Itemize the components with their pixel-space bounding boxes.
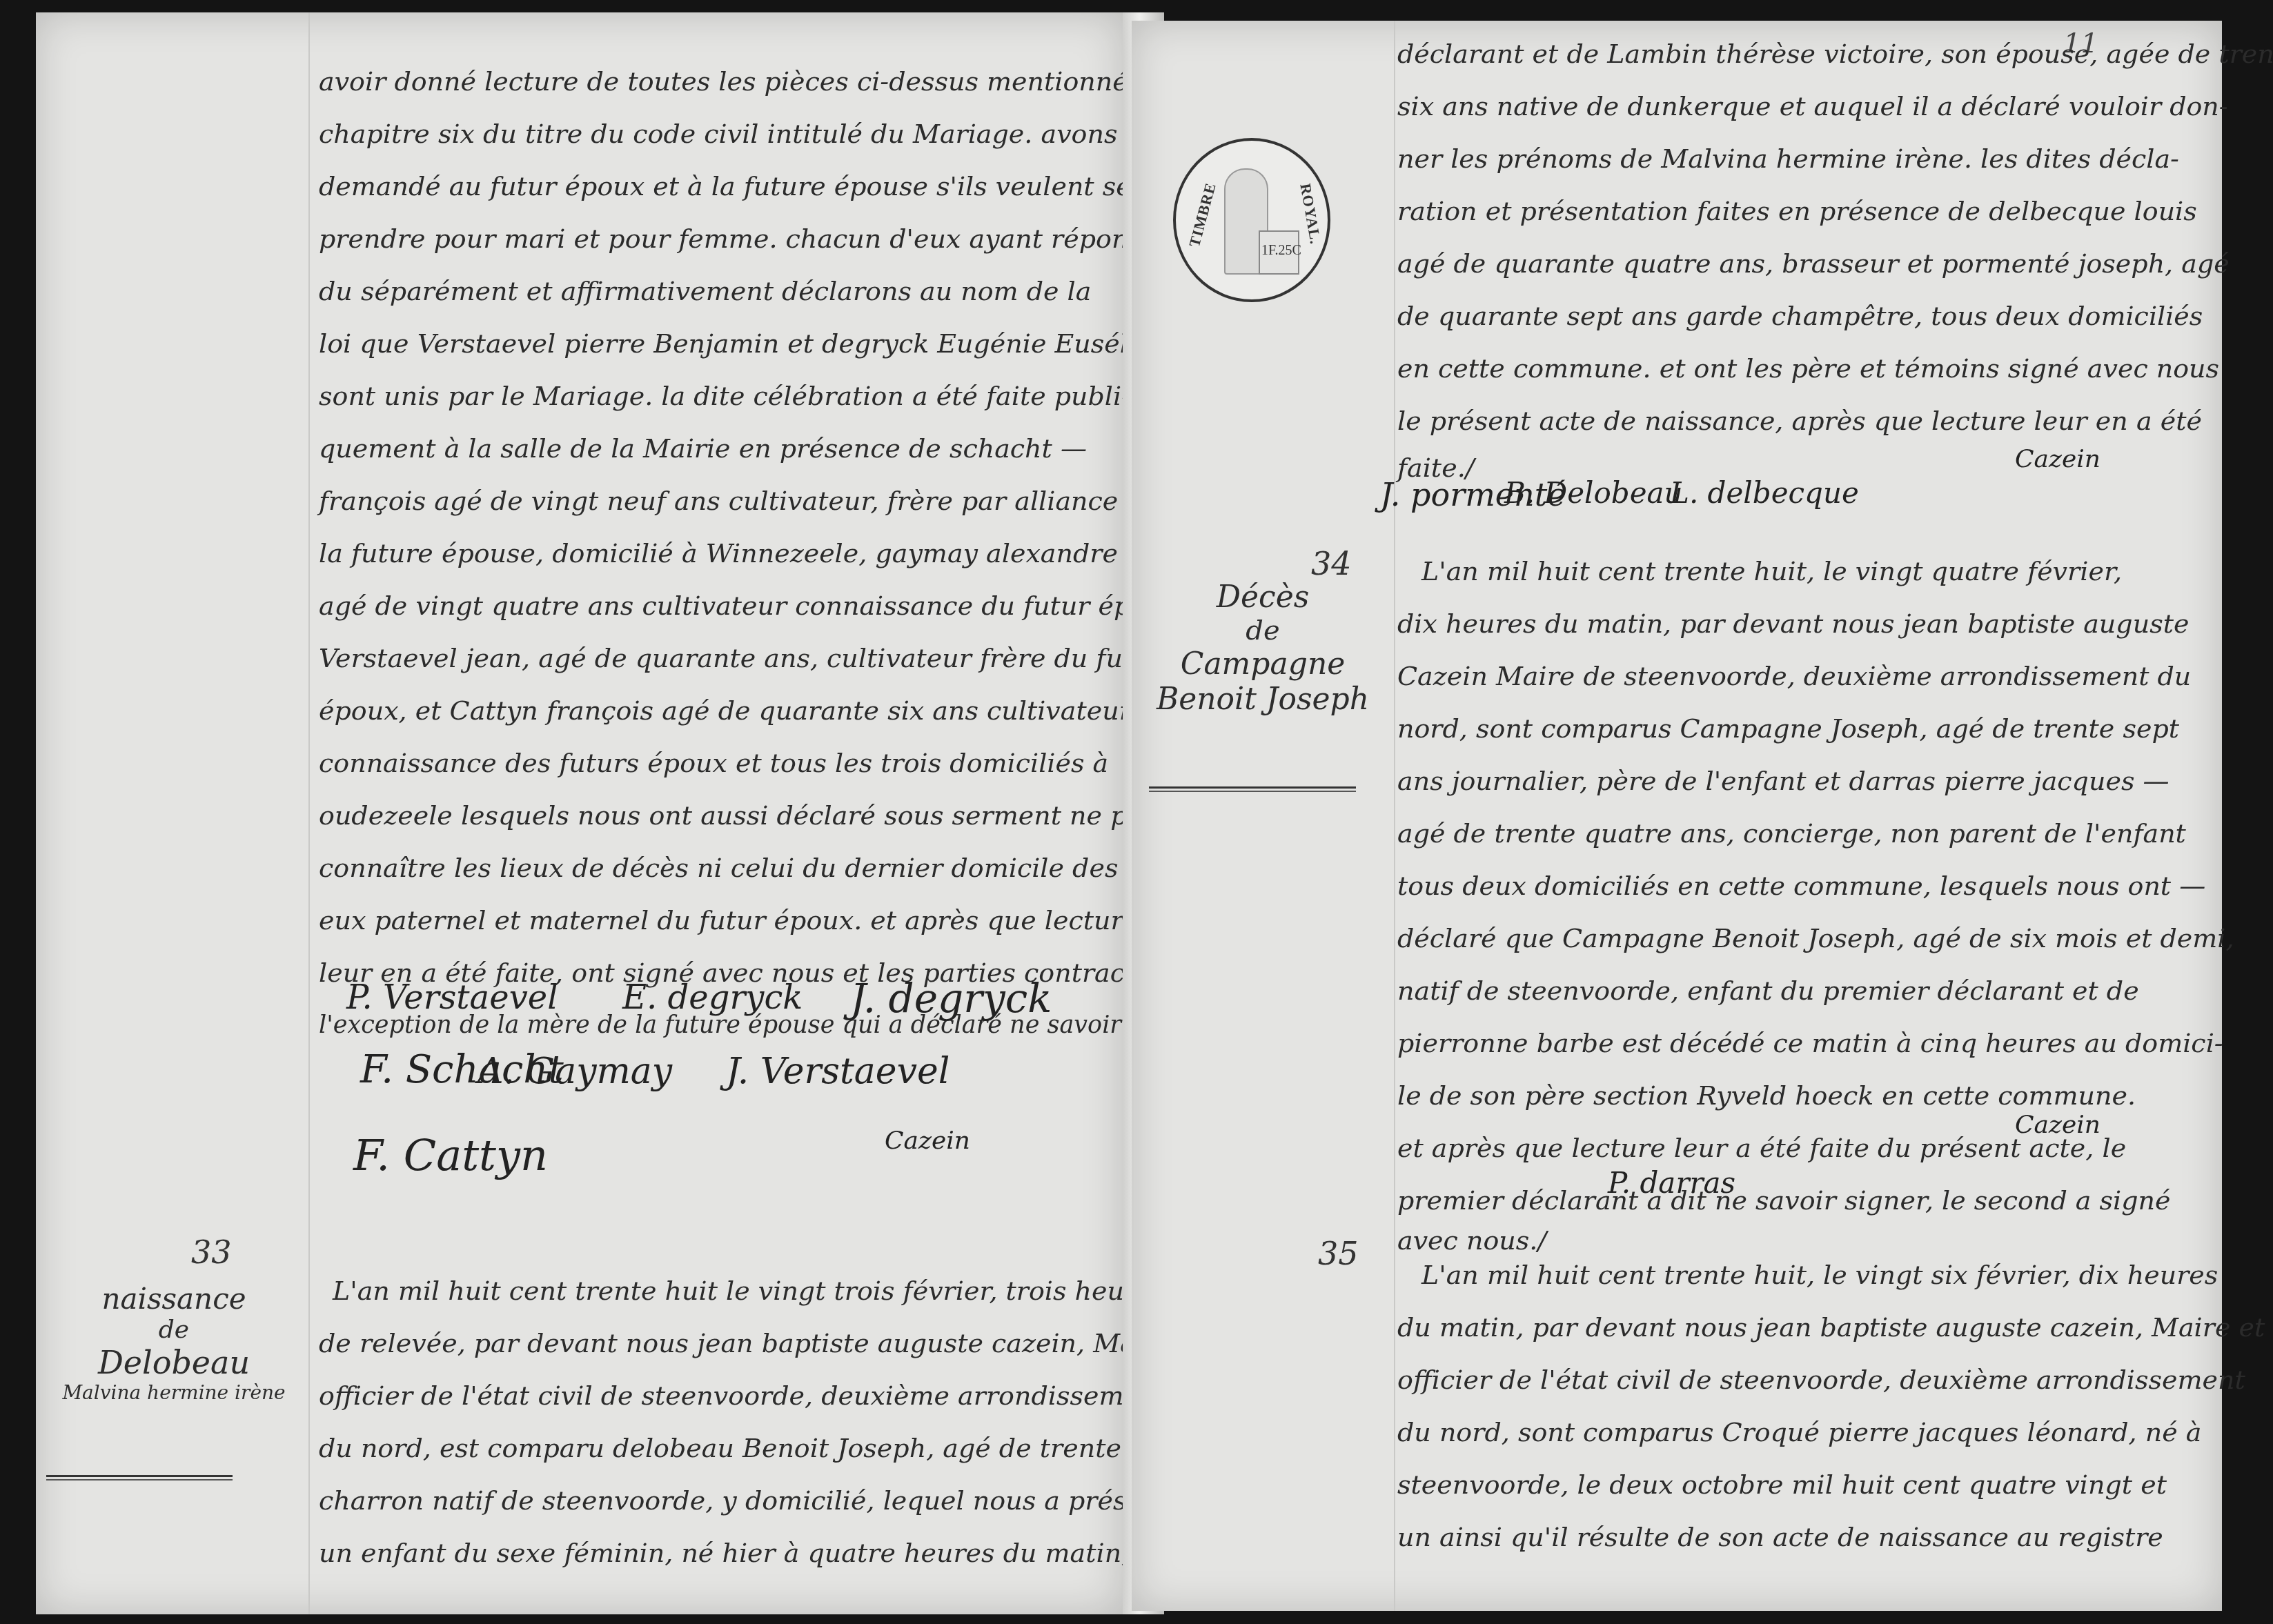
text-line: ans journalier, père de l'enfant et darr… xyxy=(1397,755,2169,807)
text-line: du nord, sont comparus Croqué pierre jac… xyxy=(1397,1406,2201,1458)
text-line: un enfant du sexe féminin, né hier à qua… xyxy=(319,1527,1212,1579)
text-line: du nord, est comparu delobeau Benoit Jos… xyxy=(319,1422,1256,1474)
text-line: eux paternel et maternel du futur époux.… xyxy=(319,894,1139,947)
text-line: natif de steenvoorde, enfant du premier … xyxy=(1397,964,2139,1017)
text-line: du matin, par devant nous jean baptiste … xyxy=(1397,1301,2265,1354)
signature: B. Delobeau xyxy=(1504,476,1683,510)
text-line: en cette commune. et ont les père et tém… xyxy=(1397,342,2219,395)
text-line: officier de l'état civil de steenvoorde,… xyxy=(1397,1354,2245,1406)
mayor-signature: Cazein xyxy=(885,1127,970,1155)
text-line: quement à la salle de la Mairie en prése… xyxy=(319,422,1087,475)
text-line: ner les prénoms de Malvina hermine irène… xyxy=(1397,132,2179,185)
text-line: de relevée, par devant nous jean baptist… xyxy=(319,1317,1206,1369)
text-line: L'an mil huit cent trente huit, le vingt… xyxy=(1421,1249,2218,1301)
signature: J. Verstaevel xyxy=(726,1051,949,1092)
stamp-text-right: ROYAL. xyxy=(1296,182,1324,246)
double-rule xyxy=(46,1475,233,1481)
double-rule xyxy=(1149,786,1356,792)
text-line: sont unis par le Mariage. la dite célébr… xyxy=(319,370,1130,422)
margin-title-line: Delobeau xyxy=(43,1344,305,1381)
text-line: chapitre six du titre du code civil inti… xyxy=(319,108,1117,160)
margin-title: Décès de Campagne Benoit Joseph xyxy=(1145,580,1380,717)
entry-number: 34 xyxy=(1311,545,1352,582)
text-line: du séparément et affirmativement déclaro… xyxy=(319,265,1091,317)
mayor-signature: Cazein xyxy=(2015,445,2100,473)
left-register-page: avoir donné lecture de toutes les pièces… xyxy=(36,12,1125,1614)
mayor-signature: Cazein xyxy=(2015,1111,2100,1139)
signature: F. Cattyn xyxy=(353,1130,548,1180)
timbre-royal-stamp: TIMBRE ROYAL. 1F.25C xyxy=(1173,138,1330,302)
text-line: steenvoorde, le deux octobre mil huit ce… xyxy=(1397,1458,2167,1511)
text-line: pierronne barbe est décédé ce matin à ci… xyxy=(1397,1017,2223,1069)
text-line: déclaré que Campagne Benoit Joseph, agé … xyxy=(1397,912,2234,964)
entry-number: 35 xyxy=(1318,1235,1359,1272)
signature: A. Gaymay xyxy=(478,1051,672,1092)
text-line: prendre pour mari et pour femme. chacun … xyxy=(319,212,1137,265)
text-line: Cazein Maire de steenvoorde, deuxième ar… xyxy=(1397,650,2191,702)
signature: P. darras xyxy=(1608,1166,1735,1200)
text-line: oudezeele lesquels nous ont aussi déclar… xyxy=(319,789,1157,842)
text-line: nord, sont comparus Campagne Joseph, agé… xyxy=(1397,702,2179,755)
text-line: agé de trente quatre ans, concierge, non… xyxy=(1397,807,2186,860)
text-line: tous deux domiciliés en cette commune, l… xyxy=(1397,860,2205,912)
text-line: connaissance des futurs époux et tous le… xyxy=(319,737,1108,789)
text-line: la future épouse, domicilié à Winnezeele… xyxy=(319,527,1118,580)
text-line: officier de l'état civil de steenvoorde,… xyxy=(319,1369,1167,1422)
text-line: agé de quarante quatre ans, brasseur et … xyxy=(1397,237,2230,290)
text-line: un ainsi qu'il résulte de son acte de na… xyxy=(1397,1511,2163,1563)
text-line: L'an mil huit cent trente huit le vingt … xyxy=(333,1265,1165,1317)
text-line: Verstaevel jean, agé de quarante ans, cu… xyxy=(319,632,1163,684)
text-line: déclarant et de Lambin thérèse victoire,… xyxy=(1397,28,2273,80)
text-line: le présent acte de naissance, après que … xyxy=(1397,395,2202,447)
stamp-text-left: TIMBRE xyxy=(1185,181,1220,249)
signature: E. degryck xyxy=(622,978,803,1017)
text-line: loi que Verstaevel pierre Benjamin et de… xyxy=(319,317,1195,370)
text-line: françois agé de vingt neuf ans cultivate… xyxy=(319,475,1159,527)
text-line: avoir donné lecture de toutes les pièces… xyxy=(319,55,1234,108)
margin-title-line: Campagne xyxy=(1145,646,1380,682)
text-line: dix heures du matin, par devant nous jea… xyxy=(1397,597,2189,650)
margin-title-line: de xyxy=(43,1316,305,1344)
margin-title-line: Malvina hermine irène xyxy=(43,1381,305,1404)
margin-title: naissance de Delobeau Malvina hermine ir… xyxy=(43,1282,305,1404)
margin-title-line: Benoit Joseph xyxy=(1145,682,1380,717)
text-line: L'an mil huit cent trente huit, le vingt… xyxy=(1421,545,2122,597)
signature: J. degryck xyxy=(850,975,1052,1022)
margin-rule xyxy=(308,12,310,1614)
margin-rule xyxy=(1394,21,1395,1611)
text-line: époux, et Cattyn françois agé de quarant… xyxy=(319,684,1137,737)
entry-number: 33 xyxy=(191,1234,232,1271)
margin-title-line: de xyxy=(1145,615,1380,646)
text-line: charron natif de steenvoorde, y domicili… xyxy=(319,1474,1185,1527)
text-line: ration et présentation faites en présenc… xyxy=(1397,185,2197,237)
margin-title-line: naissance xyxy=(43,1282,305,1316)
signature: P. Verstaevel xyxy=(346,978,558,1017)
signature: L. delbecque xyxy=(1670,476,1859,510)
text-line: six ans native de dunkerque et auquel il… xyxy=(1397,80,2228,132)
stamp-price: 1F.25C xyxy=(1261,243,1301,259)
margin-title-line: Décès xyxy=(1145,580,1380,615)
text-line: demandé au futur époux et à la future ép… xyxy=(319,160,1132,212)
text-line: agé de vingt quatre ans cultivateur conn… xyxy=(319,580,1186,632)
text-line: de quarante sept ans garde champêtre, to… xyxy=(1397,290,2203,342)
text-line: connaître les lieux de décès ni celui du… xyxy=(319,842,1160,894)
